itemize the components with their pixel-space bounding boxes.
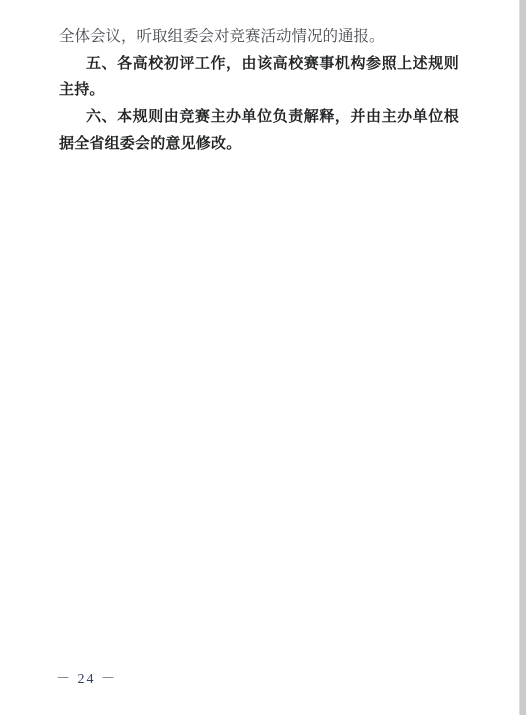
scrollbar-track[interactable] bbox=[519, 0, 526, 715]
document-page: 全体会议，听取组委会对竞赛活动情况的通报。 五、各高校初评工作，由该高校赛事机构… bbox=[0, 0, 526, 715]
clause-six-line-1: 六、本规则由竞赛主办单位负责解释，并由主办单位根 bbox=[59, 104, 459, 131]
page-number: － 24 － bbox=[56, 671, 117, 688]
clause-five-line-1: 五、各高校初评工作，由该高校赛事机构参照上述规则 bbox=[59, 51, 459, 78]
clause-six-line-2: 据全省组委会的意见修改。 bbox=[59, 131, 459, 158]
clause-five-line-2: 主持。 bbox=[59, 77, 459, 104]
paragraph-continuation-line: 全体会议，听取组委会对竞赛活动情况的通报。 bbox=[59, 24, 459, 51]
document-body: 全体会议，听取组委会对竞赛活动情况的通报。 五、各高校初评工作，由该高校赛事机构… bbox=[59, 24, 459, 157]
